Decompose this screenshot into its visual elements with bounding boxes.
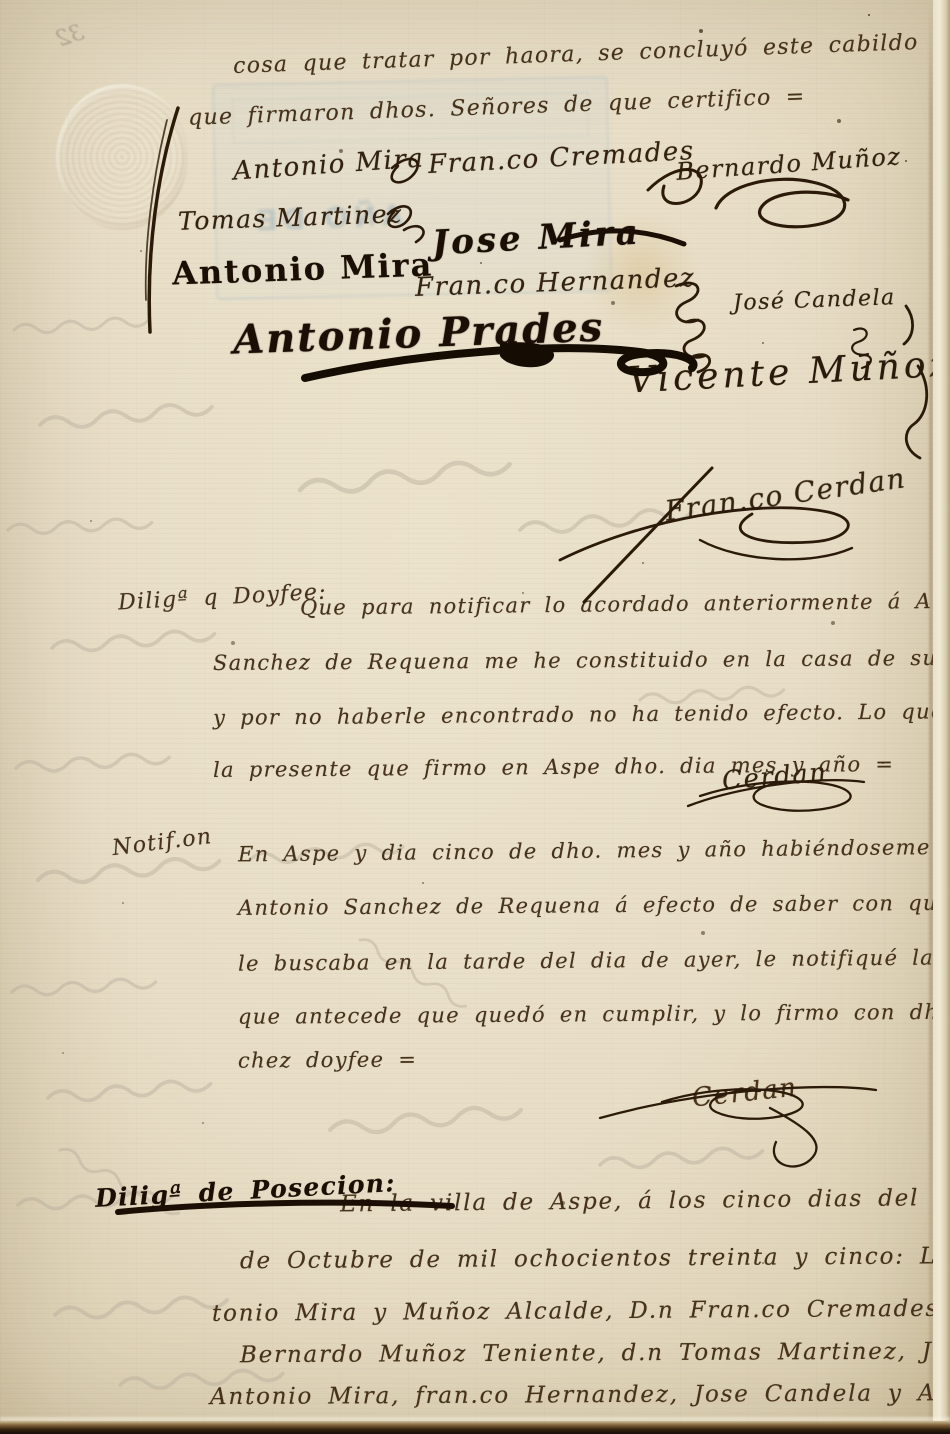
folio-mark: 32 [53, 20, 87, 52]
opening-line-1: cosa que tratar por haora, se concluyó e… [233, 30, 919, 79]
body-line: Sanchez de Requena me he constituido en … [213, 645, 950, 675]
body-line: le buscaba en la tarde del dia de ayer, … [238, 944, 950, 975]
body-line: tonio Mira y Muñoz Alcalde, D.n Fran.co … [212, 1295, 950, 1327]
body-line: chez doyfee = [238, 1047, 417, 1072]
margin-label-notificacion: Notif.on [111, 824, 214, 861]
signature-name: José Candela [733, 285, 897, 316]
manuscript-page: AÑO DE 32 cosa que tratar por haora, se … [0, 0, 950, 1434]
body-line: Bernardo Muñoz Teniente, d.n Tomas Marti… [240, 1338, 950, 1368]
body-line: que antecede que quedó en cumplir, y lo … [238, 999, 950, 1029]
body-line: Que para notificar lo acordado anteriorm… [300, 588, 950, 619]
signature-name-secretary: Fran.co Cerdan [663, 461, 908, 527]
margin-label-diligencia: Diligª q Doyfee: [117, 580, 327, 616]
rubric-cerdan-big-under [700, 540, 852, 559]
body-line: Antonio Sanchez de Requena á efecto de s… [238, 890, 950, 920]
signature-name: Bernardo Muñoz [675, 142, 902, 186]
body-line: y por no haberle encontrado no ha tenido… [213, 698, 950, 730]
signature-name: Antonio Prades [232, 304, 605, 364]
body-line: En la villa de Aspe, á los cinco dias de… [340, 1185, 950, 1218]
page-right-edge [933, 0, 950, 1434]
rubric-munoz [716, 179, 848, 227]
page-bottom-edge [0, 1421, 950, 1434]
body-line: de Octubre de mil ochocientos treinta y … [240, 1242, 950, 1274]
body-line: En Aspe y dia cinco de dho. mes y año ha… [238, 834, 950, 867]
rubric-cerdan-big-cross [584, 468, 712, 602]
body-line: Antonio Mira, fran.co Hernandez, Jose Ca… [210, 1380, 950, 1410]
embossed-paper-seal [56, 84, 188, 230]
ink-speckles [0, 0, 2, 2]
signature-cerdan: Cerdan [691, 1073, 799, 1114]
signature-name: Vicente Muñoz [627, 344, 950, 402]
